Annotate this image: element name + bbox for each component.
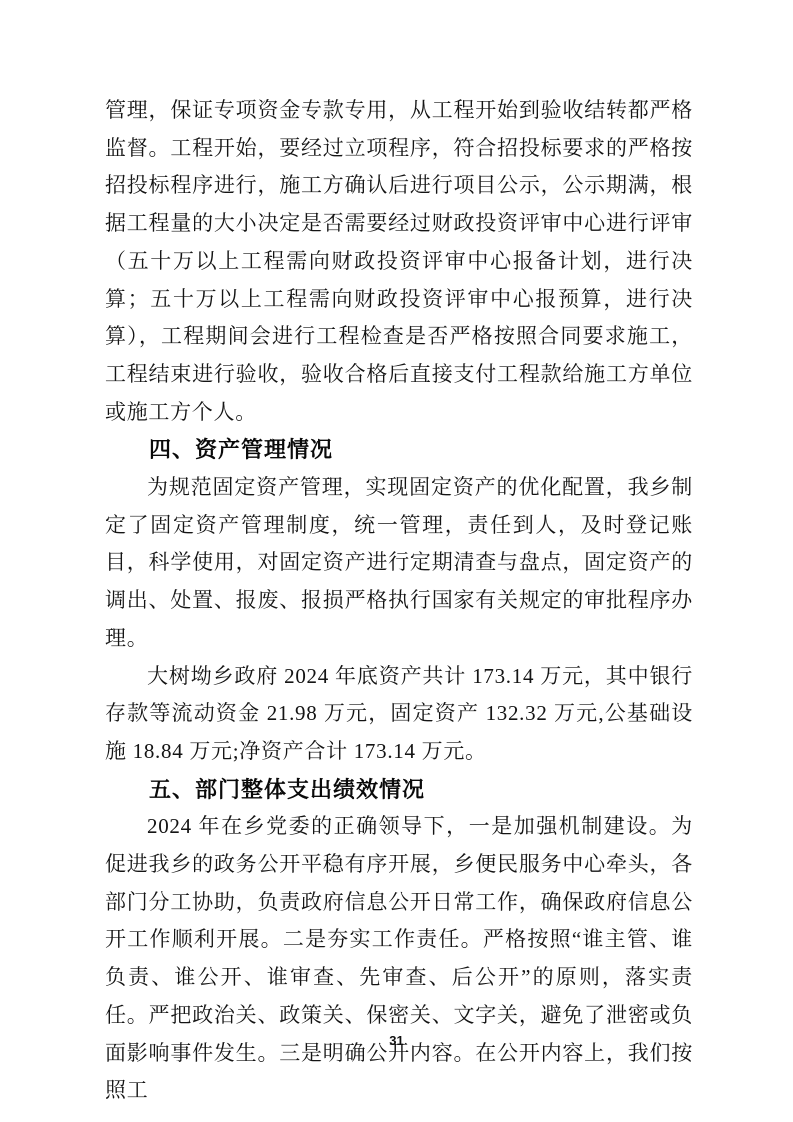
- document-page: 管理，保证专项资金专款专用，从工程开始到验收结转都严格监督。工程开始，要经过立项…: [0, 0, 793, 1122]
- paragraph-asset-totals: 大树坳乡政府 2024 年底资产共计 173.14 万元，其中银行存款等流动资金…: [105, 658, 693, 771]
- page-number: 31: [0, 1033, 793, 1048]
- document-content: 管理，保证专项资金专款专用，从工程开始到验收结转都严格监督。工程开始，要经过立项…: [105, 92, 693, 1110]
- paragraph-fixed-asset-system: 为规范固定资产管理，实现固定资产的优化配置，我乡制定了固定资产管理制度，统一管理…: [105, 469, 693, 658]
- paragraph-performance-overview: 2024 年在乡党委的正确领导下，一是加强机制建设。为促进我乡的政务公开平稳有序…: [105, 808, 693, 1110]
- section-heading-department-expenditure-performance: 五、部门整体支出绩效情况: [105, 771, 693, 809]
- paragraph-project-funds-management: 管理，保证专项资金专款专用，从工程开始到验收结转都严格监督。工程开始，要经过立项…: [105, 92, 693, 431]
- section-heading-asset-management: 四、资产管理情况: [105, 431, 693, 469]
